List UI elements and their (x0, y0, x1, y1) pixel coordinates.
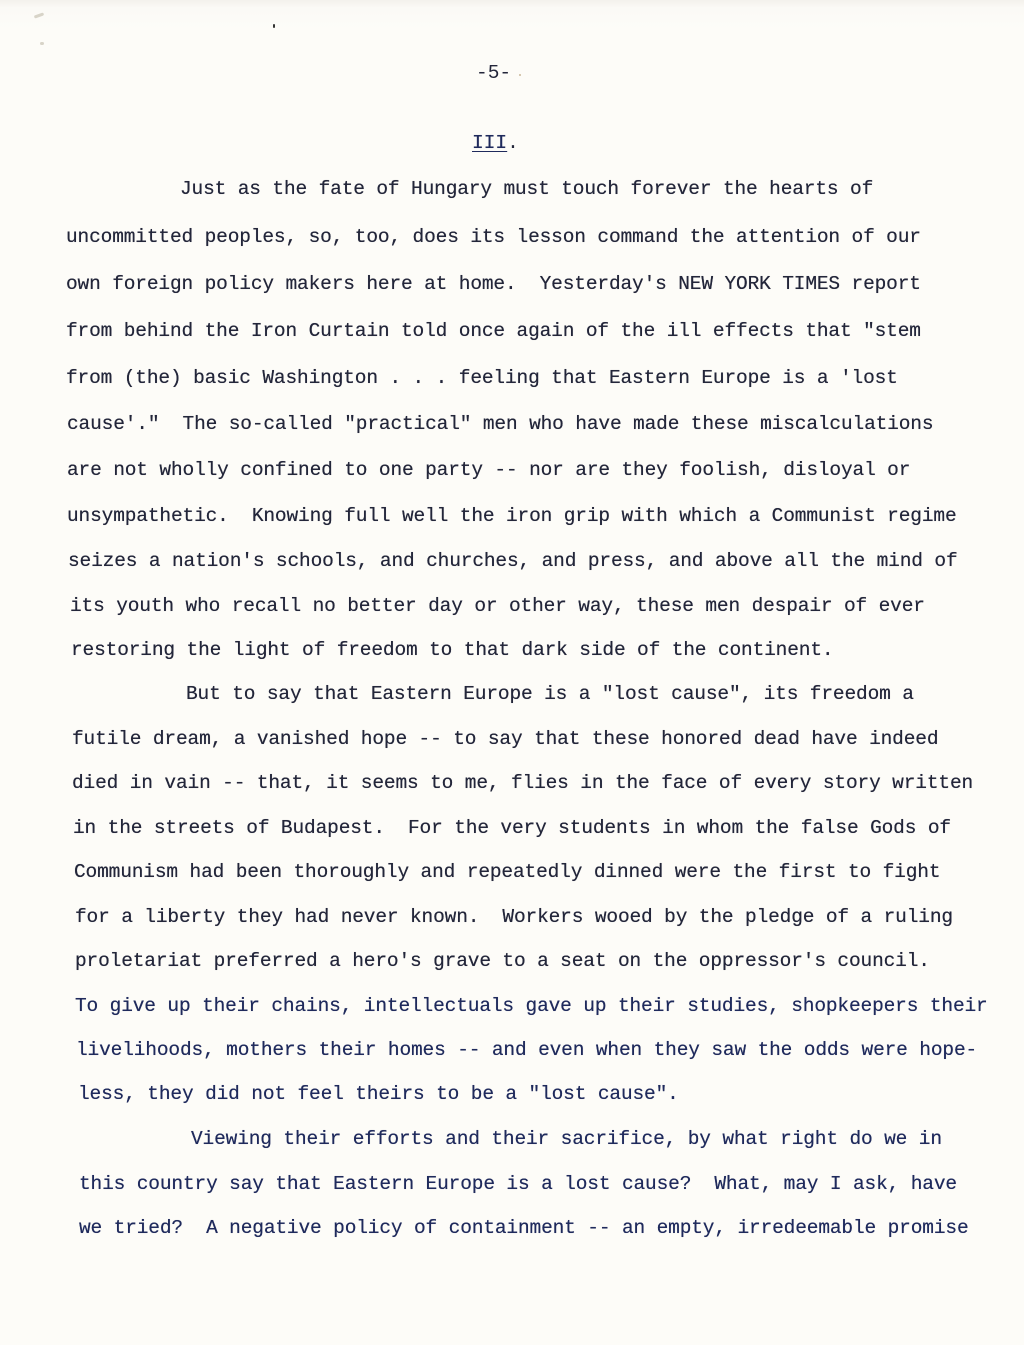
paragraph-1-line: from (the) basic Washington . . . feelin… (66, 366, 898, 390)
paper-speck (34, 12, 44, 18)
paragraph-2-line: proletariat preferred a hero's grave to … (75, 949, 930, 973)
paragraph-1-line: cause'." The so-called "practical" men w… (67, 412, 933, 436)
paragraph-3-line: Viewing their efforts and their sacrific… (191, 1127, 942, 1151)
paragraph-1-line: seizes a nation's schools, and churches,… (68, 549, 958, 573)
paragraph-3-line: this country say that Eastern Europe is … (79, 1172, 957, 1196)
paragraph-2-line: livelihoods, mothers their homes -- and … (76, 1038, 977, 1062)
paragraph-2-line: To give up their chains, intellectuals g… (75, 994, 988, 1018)
paper-speck (519, 74, 521, 76)
paragraph-3-line: we tried? A negative policy of containme… (79, 1216, 969, 1240)
page-number: -5- (476, 62, 511, 84)
paragraph-1-line: are not wholly confined to one party -- … (67, 458, 910, 482)
paragraph-1-line: unsympathetic. Knowing full well the iro… (67, 504, 957, 528)
paragraph-2-line: Communism had been thoroughly and repeat… (74, 860, 940, 884)
paragraph-2-line: less, they did not feel theirs to be a "… (78, 1082, 679, 1106)
paragraph-1-line: own foreign policy makers here at home. … (66, 272, 921, 296)
paragraph-1-line: restoring the light of freedom to that d… (71, 638, 833, 662)
section-heading-numeral: III (472, 132, 507, 154)
paragraph-2-line: died in vain -- that, it seems to me, fl… (72, 771, 973, 795)
paragraph-1-line: from behind the Iron Curtain told once a… (66, 319, 921, 343)
paper-speck (273, 24, 275, 28)
typewritten-page: -5- III. Just as the fate of Hungary mus… (0, 0, 1024, 1345)
paragraph-2-line: futile dream, a vanished hope -- to say … (72, 727, 938, 751)
paragraph-1-line: uncommitted peoples, so, too, does its l… (66, 225, 921, 249)
paragraph-2-line: in the streets of Budapest. For the very… (73, 816, 951, 840)
paragraph-1-line: its youth who recall no better day or ot… (70, 594, 925, 618)
paragraph-2-line: for a liberty they had never known. Work… (75, 905, 953, 929)
paragraph-1-line: Just as the fate of Hungary must touch f… (180, 177, 873, 201)
section-heading-period: . (507, 132, 519, 154)
paragraph-2-line: But to say that Eastern Europe is a "los… (186, 682, 914, 706)
paper-speck (40, 42, 44, 45)
section-heading: III. (472, 132, 519, 154)
